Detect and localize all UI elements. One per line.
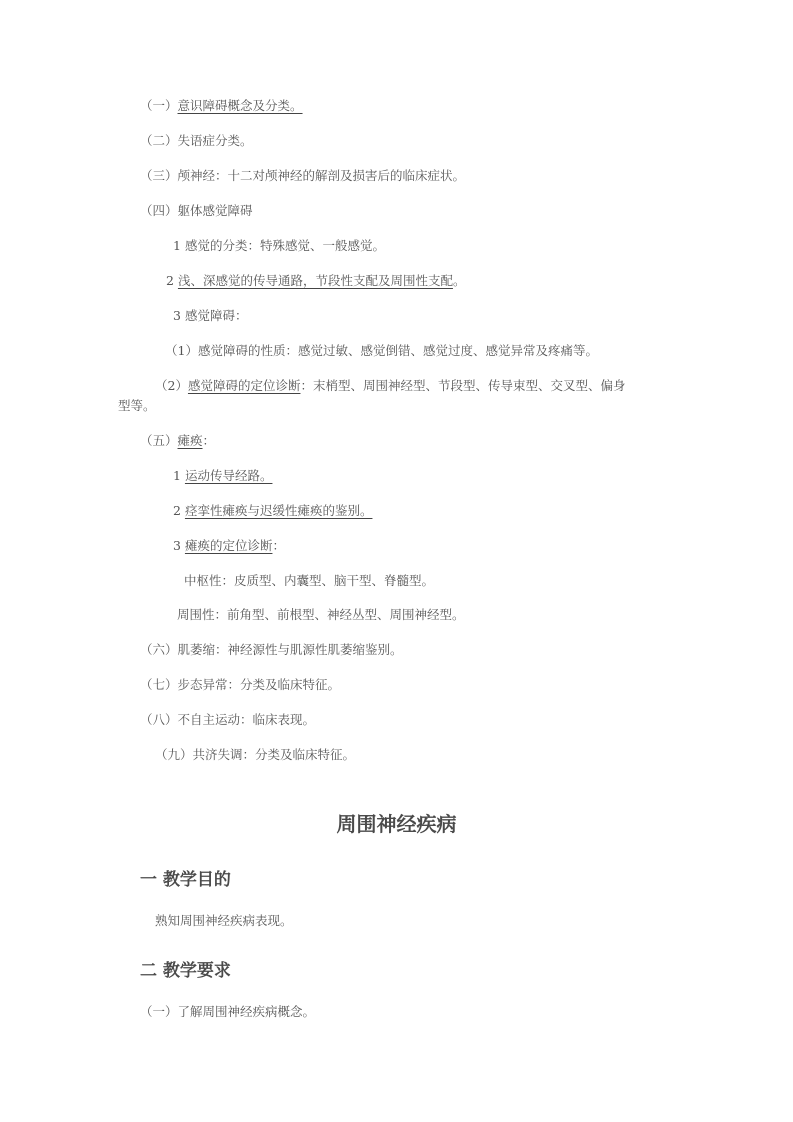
item-number: 2 bbox=[166, 273, 174, 288]
item-9: （九）共济失调：分类及临床特征。 bbox=[155, 747, 355, 763]
item-text: 失语症分类。 bbox=[178, 133, 253, 148]
item-prefix: （一） bbox=[140, 1004, 178, 1019]
section-2-item-1: （一）了解周围神经疾病概念。 bbox=[140, 1004, 315, 1020]
item-number: 3 bbox=[173, 538, 181, 553]
item-text-underlined: 瘫痪的定位诊断 bbox=[185, 538, 273, 553]
item-number: 2 bbox=[173, 503, 181, 518]
paralysis-item-3: 3 瘫痪的定位诊断： bbox=[173, 538, 285, 554]
item-prefix: （四） bbox=[140, 203, 178, 218]
item-5: （五）瘫痪： bbox=[140, 433, 215, 449]
sensory-item-1: 1 感觉的分类：特殊感觉、一般感觉。 bbox=[173, 238, 385, 254]
item-text: 。 bbox=[453, 273, 466, 288]
paralysis-item-2: 2 痉挛性瘫痪与迟缓性瘫痪的鉴别。 bbox=[173, 503, 372, 519]
item-prefix: （八） bbox=[140, 712, 178, 727]
item-number: 3 bbox=[173, 308, 181, 323]
paralysis-peripheral: 周围性：前角型、前根型、神经丛型、周围神经型。 bbox=[177, 607, 465, 623]
item-prefix: （七） bbox=[140, 677, 178, 692]
sensory-sub-1: （1）感觉障碍的性质：感觉过敏、感觉倒错、感觉过度、感觉异常及疼痛等。 bbox=[165, 343, 598, 359]
item-text: 了解周围神经疾病概念。 bbox=[178, 1004, 316, 1019]
item-number: 1 bbox=[173, 468, 181, 483]
section-heading-2: 二 教学要求 bbox=[140, 956, 231, 981]
item-text: ： bbox=[272, 538, 285, 553]
item-text-underlined: 运动传导经路。 bbox=[185, 468, 273, 483]
item-text-underlined: 感觉障碍的定位诊断 bbox=[188, 378, 301, 393]
item-number: 1 bbox=[173, 238, 181, 253]
item-prefix: （九） bbox=[155, 747, 193, 762]
sensory-item-3: 3 感觉障碍： bbox=[173, 308, 247, 324]
item-text: 感觉障碍的性质：感觉过敏、感觉倒错、感觉过度、感觉异常及疼痛等。 bbox=[198, 343, 598, 358]
item-4: （四）躯体感觉障碍 bbox=[140, 203, 253, 219]
item-1: （一）意识障碍概念及分类。 bbox=[140, 98, 303, 114]
sensory-sub-2-wrap: 型等。 bbox=[118, 398, 156, 414]
item-text: 感觉的分类：特殊感觉、一般感觉。 bbox=[185, 238, 385, 253]
item-text: 肌萎缩：神经源性与肌源性肌萎缩鉴别。 bbox=[178, 642, 403, 657]
item-text-underlined: 浅、深感觉的传导通路，节段性支配及周围性支配 bbox=[178, 273, 453, 288]
item-text: 躯体感觉障碍 bbox=[178, 203, 253, 218]
section-heading-1: 一 教学目的 bbox=[140, 865, 231, 890]
sensory-sub-2: （2）感觉障碍的定位诊断：末梢型、周围神经型、节段型、传导束型、交叉型、偏身 bbox=[155, 378, 625, 394]
item-text: 感觉障碍： bbox=[185, 308, 248, 323]
item-text-underlined: 痉挛性瘫痪与迟缓性瘫痪的鉴别。 bbox=[185, 503, 373, 518]
item-3: （三）颅神经：十二对颅神经的解剖及损害后的临床症状。 bbox=[140, 168, 465, 184]
paralysis-item-1: 1 运动传导经路。 bbox=[173, 468, 272, 484]
chapter-title: 周围神经疾病 bbox=[0, 808, 793, 837]
item-text: 不自主运动：临床表现。 bbox=[178, 712, 316, 727]
item-7: （七）步态异常：分类及临床特征。 bbox=[140, 677, 340, 693]
paralysis-central: 中枢性：皮质型、内囊型、脑干型、脊髓型。 bbox=[184, 573, 434, 589]
item-text: ：末梢型、周围神经型、节段型、传导束型、交叉型、偏身 bbox=[300, 378, 625, 393]
item-text: 颅神经：十二对颅神经的解剖及损害后的临床症状。 bbox=[178, 168, 466, 183]
item-text: 步态异常：分类及临床特征。 bbox=[178, 677, 341, 692]
item-text-underlined: 意识障碍概念及分类。 bbox=[178, 98, 303, 113]
item-prefix: （五） bbox=[140, 433, 178, 448]
item-2: （二）失语症分类。 bbox=[140, 133, 253, 149]
item-text-underlined: 瘫痪 bbox=[178, 433, 203, 448]
item-prefix: （二） bbox=[140, 133, 178, 148]
item-text: ： bbox=[203, 433, 216, 448]
item-prefix: （三） bbox=[140, 168, 178, 183]
item-text: 共济失调：分类及临床特征。 bbox=[193, 747, 356, 762]
item-prefix: （一） bbox=[140, 98, 178, 113]
item-prefix: （2） bbox=[155, 378, 188, 393]
item-prefix: （六） bbox=[140, 642, 178, 657]
sensory-item-2: 2 浅、深感觉的传导通路，节段性支配及周围性支配。 bbox=[166, 273, 465, 289]
item-prefix: （1） bbox=[165, 343, 198, 358]
item-8: （八）不自主运动：临床表现。 bbox=[140, 712, 315, 728]
item-6: （六）肌萎缩：神经源性与肌源性肌萎缩鉴别。 bbox=[140, 642, 403, 658]
section-1-body: 熟知周围神经疾病表现。 bbox=[155, 913, 293, 929]
